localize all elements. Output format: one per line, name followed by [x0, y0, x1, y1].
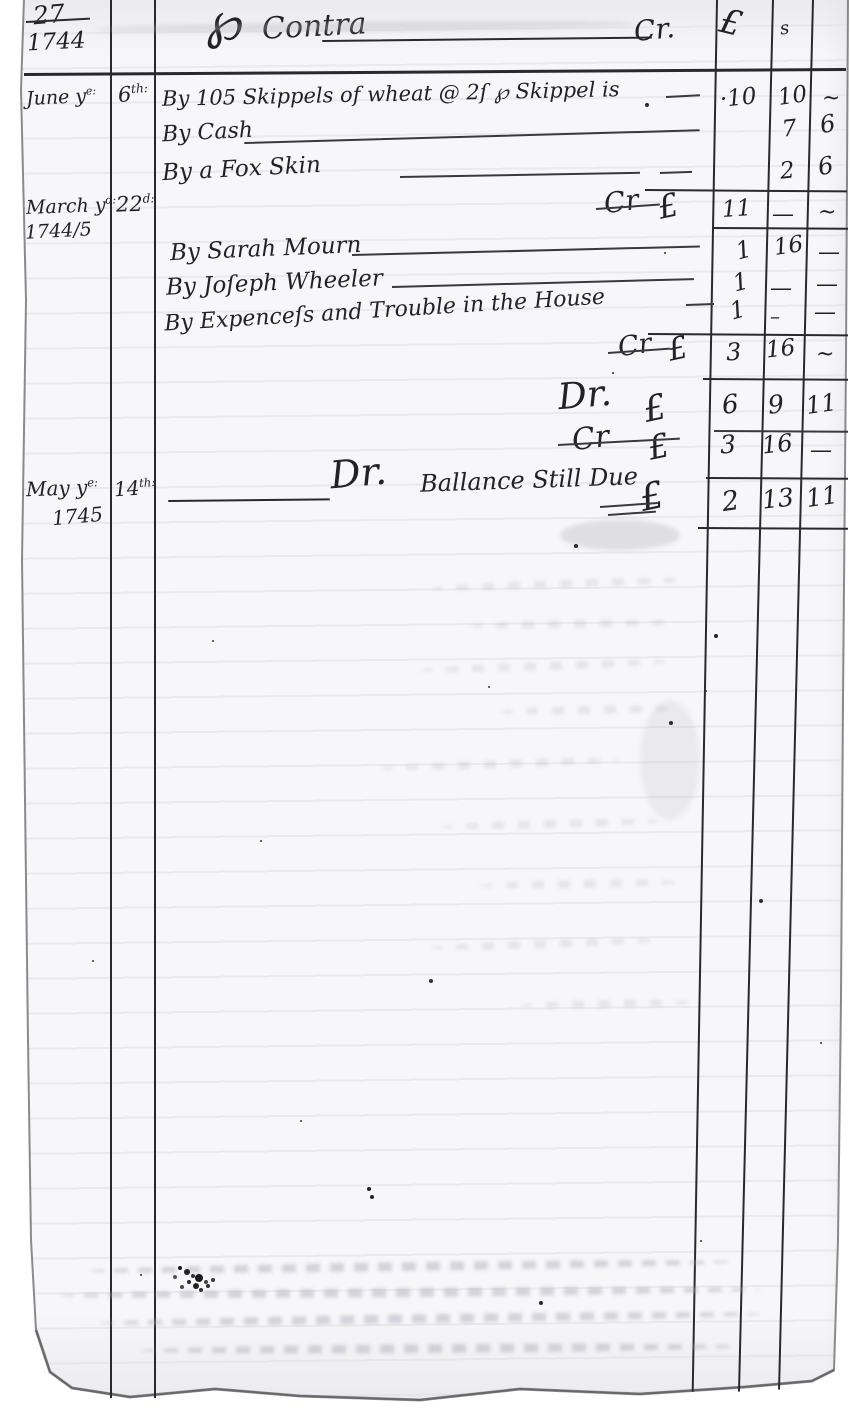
entry-fox-shillings: 2: [779, 159, 796, 183]
entry-sarah-shillings: 16: [773, 233, 805, 260]
balance-day-sup: th:: [139, 475, 156, 490]
balance-date-sup: e:: [87, 475, 98, 489]
entry-cash-shillings: 7: [781, 117, 798, 141]
subtotal2-cr-label: Cr: [616, 330, 653, 361]
debit-total-dr-label: Dr.: [557, 376, 613, 417]
ink-specks: [0, 0, 2, 2]
credit-total-pounds: 3: [719, 431, 737, 457]
entry-march-year: 1744/5: [25, 220, 93, 242]
subtotal2-pounds: 3: [725, 339, 742, 364]
entry-joseph-pence: —: [816, 274, 838, 296]
entry-wheat-day: 6th:: [117, 82, 149, 106]
credit-total-cr-label: Cr: [570, 422, 611, 456]
entry-cash-desc: By Cash: [161, 120, 253, 147]
subtotal2-shillings: 16: [765, 337, 797, 363]
entry-expences-shillings: –: [770, 306, 780, 326]
subtotal1-shillings: —: [772, 204, 794, 226]
balance-pounds: 2: [720, 487, 741, 516]
debit-total-shillings: 9: [767, 391, 785, 418]
credit-total-shillings: 16: [761, 430, 794, 457]
balance-date-text: May y: [26, 475, 88, 501]
entry-march-day-num: 22: [116, 192, 144, 217]
balance-pence: 11: [804, 482, 839, 511]
year-label: 1744: [26, 29, 86, 55]
entry-wheat-day-sup: th:: [131, 81, 149, 96]
balance-date: May ye:: [26, 477, 99, 500]
entry-march-date: March yd:: [26, 194, 117, 217]
entry-march-day-sup: d:: [142, 191, 154, 205]
entry-joseph-shillings: —: [770, 278, 792, 300]
subtotal1-pence: ~: [818, 202, 836, 224]
entry-march-day: 22d:: [116, 192, 155, 215]
folio-number: 27: [32, 1, 66, 29]
ledger-page-scan: 27 1744 ℘ Contra Cr. £ s June ye: 6th: B…: [0, 0, 850, 1426]
balance-year: 1745: [51, 504, 103, 528]
subtotal1-cr-label: Cr: [602, 186, 640, 219]
entry-march-date-sup: d:: [105, 193, 116, 206]
balance-desc: Ballance Still Due: [420, 464, 639, 496]
entry-wheat-date: June ye:: [26, 85, 97, 109]
ink-blot: [178, 1266, 182, 1270]
balance-dr-label: Dr.: [328, 452, 388, 495]
per-contra-symbol: ℘: [205, 0, 248, 50]
credit-total-pence: —: [810, 440, 832, 462]
entry-wheat-pence: ~: [822, 88, 840, 110]
entry-sarah-pence: —: [818, 242, 840, 264]
entry-march-date-text: March y: [26, 194, 106, 219]
balance-day-num: 14: [113, 476, 140, 502]
debit-total-pence: 11: [804, 390, 838, 418]
entry-wheat-date-sup: e:: [85, 84, 96, 98]
balance-day: 14th:: [113, 477, 156, 500]
entry-wheat-pounds: ·10: [719, 85, 758, 112]
entry-wheat-date-text: June y: [25, 85, 86, 110]
debit-total-pounds: 6: [721, 391, 740, 419]
subtotal2-pence: ~: [816, 344, 834, 366]
subtotal1-pounds: 11: [721, 197, 752, 222]
balance-shillings: 13: [761, 484, 795, 512]
entry-wheat-shillings: 10: [777, 83, 809, 110]
header-credit-abbr: Cr.: [633, 14, 676, 46]
entry-expences-pence: —: [814, 302, 836, 324]
